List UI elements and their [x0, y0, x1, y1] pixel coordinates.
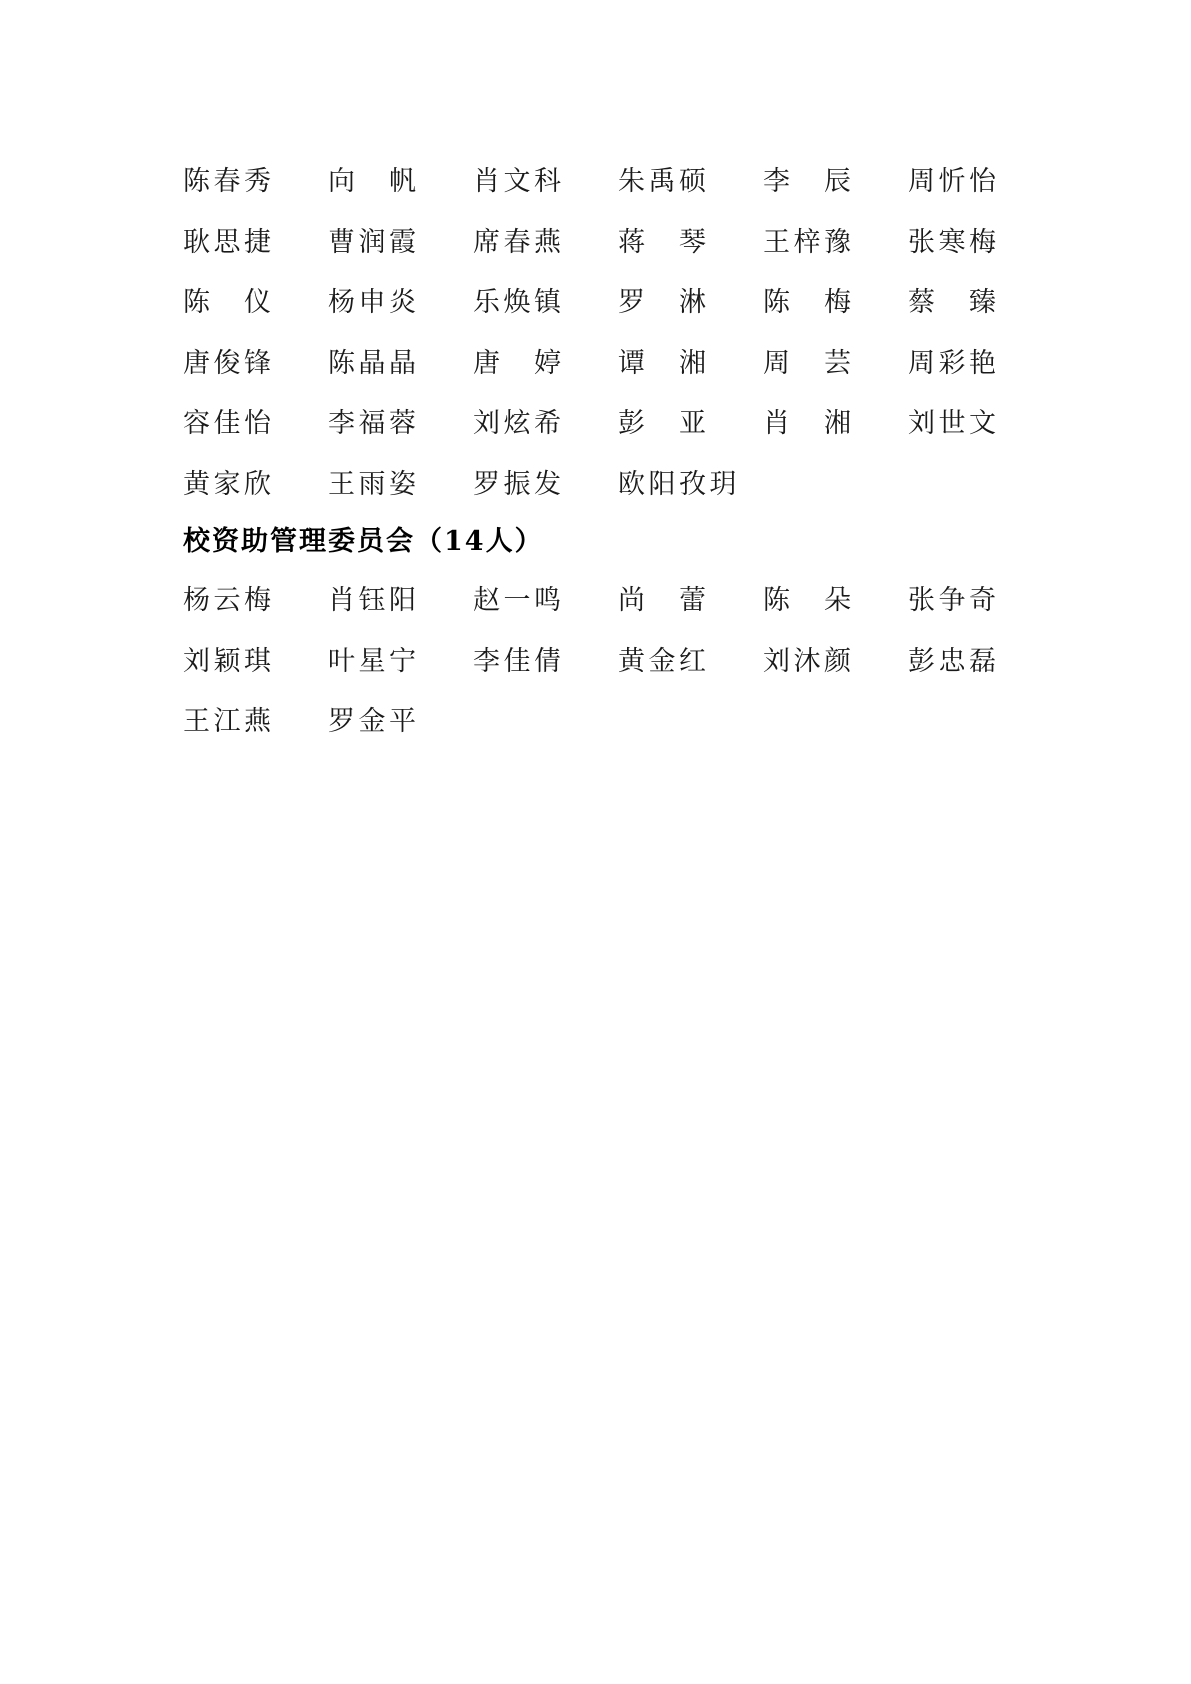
name-entry: 彭忠磊	[908, 632, 1053, 693]
name-entry: 张寒梅	[908, 213, 1053, 274]
name-entry: 周彩艳	[908, 334, 1053, 395]
name-entry: 陈仪	[183, 273, 328, 334]
name-entry: 黄金红	[618, 632, 763, 693]
name-entry: 刘世文	[908, 394, 1053, 455]
name-entry: 李佳倩	[473, 632, 618, 693]
name-entry: 曹润霞	[328, 213, 473, 274]
name-entry: 陈梅	[763, 273, 908, 334]
name-entry: 王雨姿	[328, 455, 473, 516]
name-entry: 张争奇	[908, 571, 1053, 632]
name-entry: 唐俊锋	[183, 334, 328, 395]
name-entry: 朱禹硕	[618, 152, 763, 213]
name-entry: 叶星宁	[328, 632, 473, 693]
name-list-student-aid-committee: 杨云梅肖钰阳赵一鸣尚蕾陈朵张争奇刘颖琪叶星宁李佳倩黄金红刘沐颜彭忠磊王江燕罗金平	[183, 571, 1043, 753]
name-entry: 李福蓉	[328, 394, 473, 455]
name-entry: 罗淋	[618, 273, 763, 334]
name-entry: 蒋琴	[618, 213, 763, 274]
name-entry: 周忻怡	[908, 152, 1053, 213]
document-content: 陈春秀向帆肖文科朱禹硕李辰周忻怡耿思捷曹润霞席春燕蒋琴王梓豫张寒梅陈仪杨申炎乐焕…	[183, 152, 1043, 753]
name-list-continued: 陈春秀向帆肖文科朱禹硕李辰周忻怡耿思捷曹润霞席春燕蒋琴王梓豫张寒梅陈仪杨申炎乐焕…	[183, 152, 1043, 515]
name-entry: 容佳怡	[183, 394, 328, 455]
name-entry: 罗金平	[328, 692, 473, 753]
name-entry: 李辰	[763, 152, 908, 213]
section-heading-student-aid-committee: 校资助管理委员会（14人）	[183, 513, 1043, 571]
name-entry: 陈春秀	[183, 152, 328, 213]
name-entry: 罗振发	[473, 455, 618, 516]
name-entry: 刘沐颜	[763, 632, 908, 693]
name-entry: 王梓豫	[763, 213, 908, 274]
name-entry: 谭湘	[618, 334, 763, 395]
name-entry: 唐婷	[473, 334, 618, 395]
name-entry: 陈朵	[763, 571, 908, 632]
name-entry: 向帆	[328, 152, 473, 213]
name-entry: 耿思捷	[183, 213, 328, 274]
name-entry: 肖湘	[763, 394, 908, 455]
name-entry: 蔡臻	[908, 273, 1053, 334]
name-entry: 刘炫希	[473, 394, 618, 455]
name-entry: 杨申炎	[328, 273, 473, 334]
name-entry: 欧阳孜玥	[618, 455, 763, 516]
name-entry: 尚蕾	[618, 571, 763, 632]
name-entry: 杨云梅	[183, 571, 328, 632]
name-entry: 乐焕镇	[473, 273, 618, 334]
name-entry: 肖钰阳	[328, 571, 473, 632]
name-entry: 席春燕	[473, 213, 618, 274]
name-entry: 王江燕	[183, 692, 328, 753]
name-entry: 赵一鸣	[473, 571, 618, 632]
name-entry: 黄家欣	[183, 455, 328, 516]
name-entry: 陈晶晶	[328, 334, 473, 395]
name-entry: 刘颖琪	[183, 632, 328, 693]
name-entry: 周芸	[763, 334, 908, 395]
name-entry: 肖文科	[473, 152, 618, 213]
document-page: 陈春秀向帆肖文科朱禹硕李辰周忻怡耿思捷曹润霞席春燕蒋琴王梓豫张寒梅陈仪杨申炎乐焕…	[0, 0, 1191, 1684]
name-entry: 彭亚	[618, 394, 763, 455]
